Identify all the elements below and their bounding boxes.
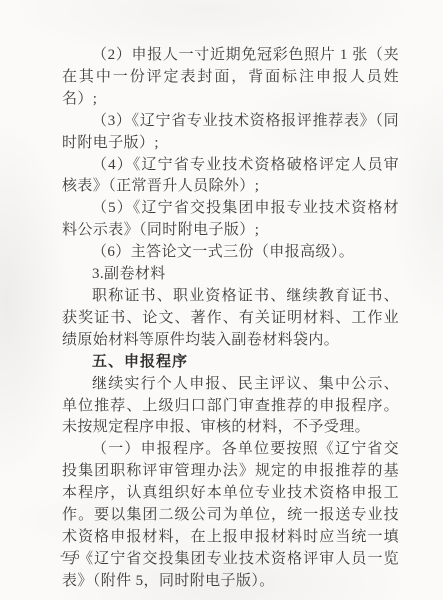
list-item-exception-review-form: （4）《辽宁省专业技术资格破格评定人员审核表》（正常晋升人员除外）; [62,155,399,199]
list-item-publicity-form: （5）《辽宁省交投集团申报专业技术资格材料公示表》（同时附电子版）; [62,198,399,242]
paragraph-procedure-overview: 继续实行个人申报、民主评议、集中公示、单位推荐、上级归口部门审查推荐的申报程序。… [62,374,399,440]
subsection-title-auxiliary-materials: 3.副卷材料 [62,264,399,286]
list-item-recommendation-form: （3）《辽宁省专业技术资格报评推荐表》（同时附电子版）; [62,111,399,155]
list-item-thesis-copies: （6）主答论文一式三份（申报高级）。 [62,242,399,264]
document-body: （2）申报人一寸近期免冠彩色照片 1 张（夹在其中一份评定表封面，背面标注申报人… [62,45,399,593]
page-number: - 6 - [60,548,96,563]
paragraph-auxiliary-materials: 职称证书、职业资格证书、继续教育证书、获奖证书、论文、著作、有关证明材料、工作业… [62,286,399,352]
list-item-photo-requirement: （2）申报人一寸近期免冠彩色照片 1 张（夹在其中一份评定表封面，背面标注申报人… [62,45,399,111]
paragraph-procedure-details: （一）申报程序。各单位要按照《辽宁省交投集团职称评审管理办法》规定的申报推荐的基… [62,439,399,592]
scanned-document-page: （2）申报人一寸近期免冠彩色照片 1 张（夹在其中一份评定表封面，背面标注申报人… [0,0,443,600]
section-heading-application-procedure: 五、申报程序 [62,352,399,374]
